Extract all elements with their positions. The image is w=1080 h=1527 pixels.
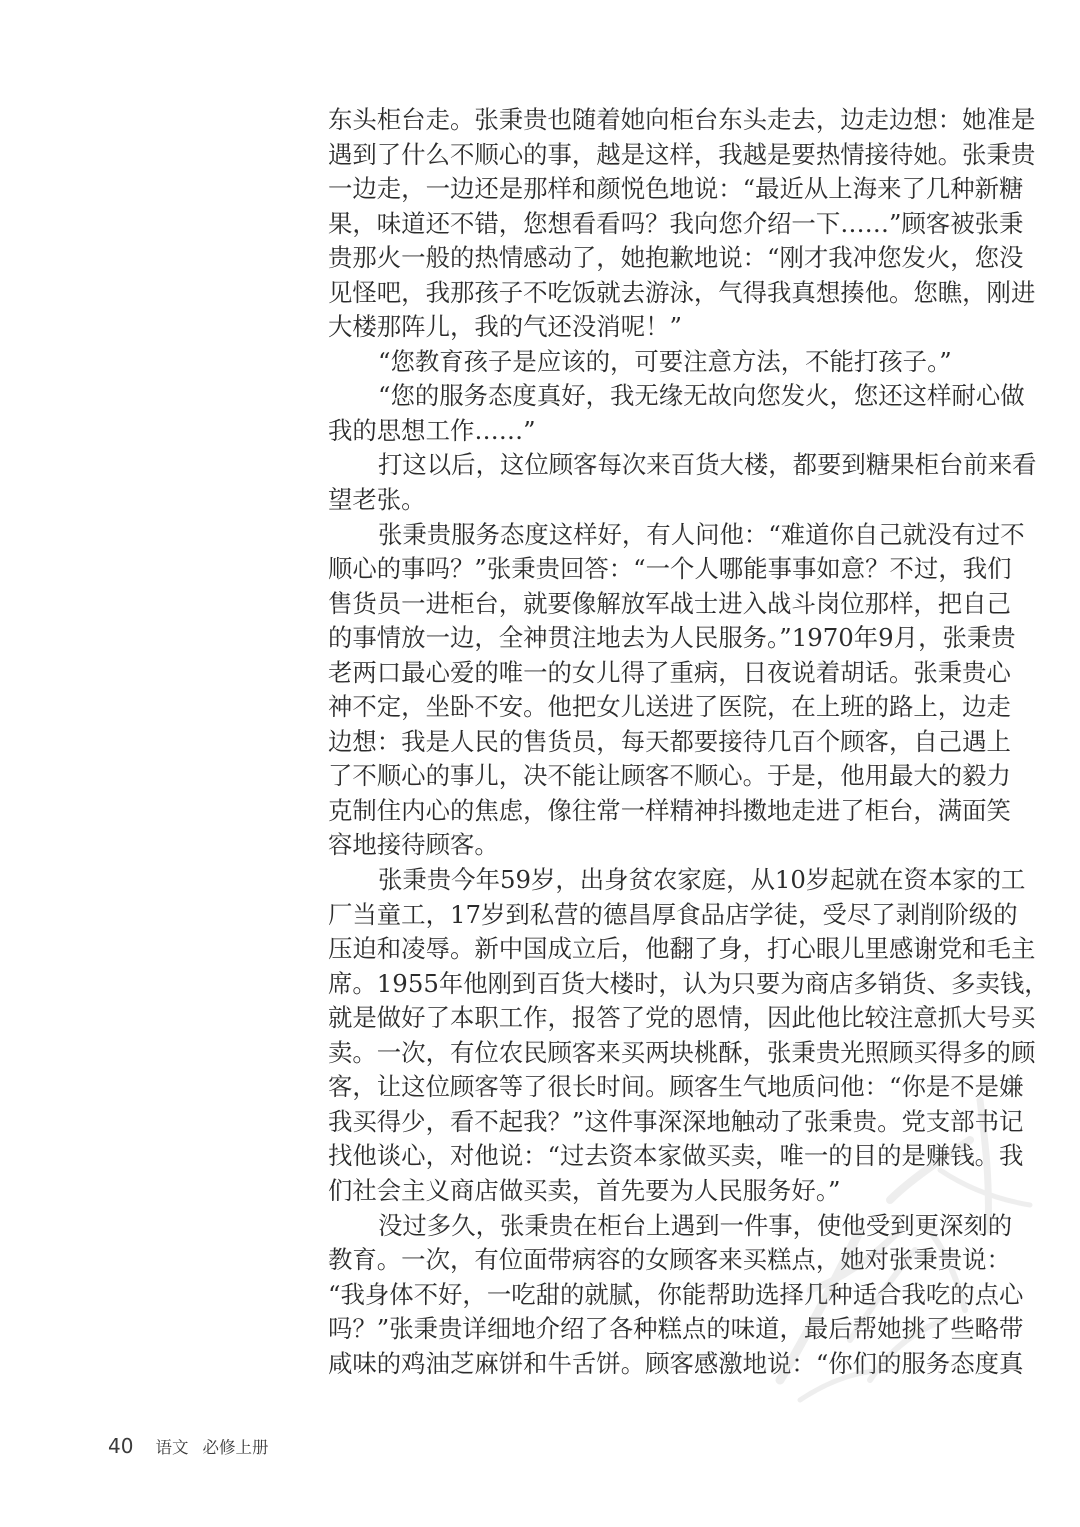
text-line: “您教育孩子是应该的，可要注意方法，不能打孩子。”	[328, 345, 958, 380]
text-line: 老两口最心爱的唯一的女儿得了重病，日夜说着胡话。张秉贵心	[328, 656, 958, 691]
text-line: 克制住内心的焦虑，像往常一样精神抖擞地走进了柜台，满面笑	[328, 794, 958, 829]
text-line: 遇到了什么不顺心的事，越是这样，我越是要热情接待她。张秉贵	[328, 138, 958, 173]
text-line: 张秉贵服务态度这样好，有人问他：“难道你自己就没有过不	[328, 518, 958, 553]
text-line: 了不顺心的事儿，决不能让顾客不顺心。于是，他用最大的毅力	[328, 759, 958, 794]
text-line: 的事情放一边，全神贯注地去为人民服务。”1970年9月，张秉贵	[328, 621, 958, 656]
text-line: 我的思想工作……”	[328, 414, 958, 449]
text-line: 边想：我是人民的售货员，每天都要接待几百个顾客，自己遇上	[328, 725, 958, 760]
text-line: 没过多久，张秉贵在柜台上遇到一件事，使他受到更深刻的	[328, 1209, 958, 1244]
text-line: 神不定，坐卧不安。他把女儿送进了医院，在上班的路上，边走	[328, 690, 958, 725]
text-line: 见怪吧，我那孩子不吃饭就去游泳，气得我真想揍他。您瞧，刚进	[328, 276, 958, 311]
text-line: 找他谈心，对他说：“过去资本家做买卖，唯一的目的是赚钱。我	[328, 1139, 958, 1174]
text-line: 就是做好了本职工作，报答了党的恩情，因此他比较注意抓大号买	[328, 1001, 958, 1036]
text-line: 果，味道还不错，您想看看吗？我向您介绍一下……”顾客被张秉	[328, 207, 958, 242]
text-line: 售货员一进柜台，就要像解放军战士进入战斗岗位那样，把自己	[328, 587, 958, 622]
text-line: 顺心的事吗？”张秉贵回答：“一个人哪能事事如意？不过，我们	[328, 552, 958, 587]
text-line: 卖。一次，有位农民顾客来买两块桃酥，张秉贵光照顾买得多的顾	[328, 1036, 958, 1071]
text-line: 们社会主义商店做买卖，首先要为人民服务好。”	[328, 1174, 958, 1209]
text-line: 东头柜台走。张秉贵也随着她向柜台东头走去，边走边想：她准是	[328, 103, 958, 138]
text-line: 张秉贵今年59岁，出身贫农家庭，从10岁起就在资本家的工	[328, 863, 958, 898]
text-line: 客，让这位顾客等了很长时间。顾客生气地质问他：“你是不是嫌	[328, 1070, 958, 1105]
text-line: 教育。一次，有位面带病容的女顾客来买糕点，她对张秉贵说：	[328, 1243, 958, 1278]
text-line: 贵那火一般的热情感动了，她抱歉地说：“刚才我冲您发火，您没	[328, 241, 958, 276]
textbook-page: 东头柜台走。张秉贵也随着她向柜台东头走去，边走边想：她准是遇到了什么不顺心的事，…	[0, 0, 1080, 1527]
text-line: 大楼那阵儿，我的气还没消呢！”	[328, 310, 958, 345]
subject-label: 语文	[155, 1434, 188, 1458]
page-footer: 40 语文 必修上册	[108, 1432, 268, 1460]
text-line: 厂当童工，17岁到私营的德昌厚食品店学徒，受尽了剥削阶级的	[328, 898, 958, 933]
page-number: 40	[108, 1434, 133, 1458]
text-line: 咸味的鸡油芝麻饼和牛舌饼。顾客感激地说：“你们的服务态度真	[328, 1347, 958, 1382]
text-line: 打这以后，这位顾客每次来百货大楼，都要到糖果柜台前来看	[328, 448, 958, 483]
text-line: 吗？”张秉贵详细地介绍了各种糕点的味道，最后帮她挑了些略带	[328, 1312, 958, 1347]
text-line: 望老张。	[328, 483, 958, 518]
body-text: 东头柜台走。张秉贵也随着她向柜台东头走去，边走边想：她准是遇到了什么不顺心的事，…	[328, 103, 958, 1381]
text-line: 压迫和凌辱。新中国成立后，他翻了身，打心眼儿里感谢党和毛主	[328, 932, 958, 967]
text-line: “我身体不好，一吃甜的就腻，你能帮助选择几种适合我吃的点心	[328, 1278, 958, 1313]
volume-label: 必修上册	[202, 1434, 268, 1458]
text-line: 容地接待顾客。	[328, 828, 958, 863]
text-line: “您的服务态度真好，我无缘无故向您发火，您还这样耐心做	[328, 379, 958, 414]
text-line: 席。1955年他刚到百货大楼时，认为只要为商店多销货、多卖钱，	[328, 967, 958, 1002]
text-line: 一边走，一边还是那样和颜悦色地说：“最近从上海来了几种新糖	[328, 172, 958, 207]
text-line: 我买得少，看不起我？”这件事深深地触动了张秉贵。党支部书记	[328, 1105, 958, 1140]
